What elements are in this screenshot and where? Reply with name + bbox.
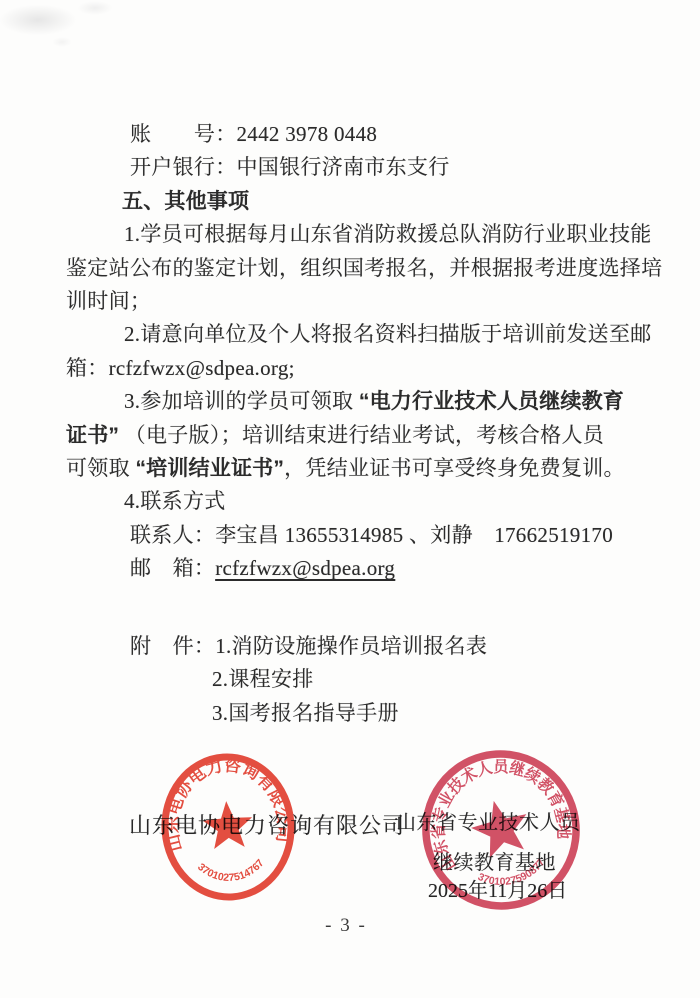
text-segment: ，凭结业证书可享受终身免费复训。: [284, 456, 625, 480]
text-segment: 3.国考报名指导手册: [212, 701, 399, 725]
page-number: - 3 -: [0, 915, 692, 937]
text-segment: 2.请意向单位及个人将报名资料扫描版于培训前发送至邮: [124, 322, 652, 346]
text-line: 可领取 “培训结业证书”，凭结业证书可享受终身免费复训。: [66, 452, 644, 485]
text-line: 鉴定站公布的鉴定计划，组织国考报名，并根据报考进度选择培: [66, 252, 644, 285]
text-segment: “电力行业技术人员继续教育: [359, 390, 624, 413]
text-line: 2.课程安排: [66, 663, 644, 696]
text-line: 3.国考报名指导手册: [66, 697, 644, 730]
official-seal-left: 山东电协电力咨询有限公司 3701027514767: [153, 747, 303, 907]
text-segment: 鉴定站公布的鉴定计划，组织国考报名，并根据报考进度选择培: [66, 256, 662, 280]
text-line: 证书” （电子版）；培训结束进行结业考试，考核合格人员: [66, 419, 644, 452]
text-segment: 4.联系方式: [124, 489, 226, 513]
official-seal-right: 山东省专业技术人员继续教育基地 3701027590877: [416, 745, 586, 915]
text-segment: 证书”: [66, 424, 119, 447]
text-segment: 1.学员可根据每月山东省消防救援总队消防行业职业技能: [124, 222, 652, 246]
seal-number-text: 3701027590877: [474, 855, 551, 895]
text-line: 开户银行：中国银行济南市东支行: [66, 151, 644, 184]
text-line: 4.联系方式: [66, 485, 644, 518]
svg-text:3701027514767: 3701027514767: [195, 856, 268, 886]
text-segment: 开户银行：中国银行济南市东支行: [130, 155, 450, 179]
text-segment: 2.课程安排: [212, 667, 314, 691]
text-segment: 联系人：李宝昌 13655314985 、刘静 17662519170: [130, 523, 613, 547]
text-segment: 箱：rcfzfwzx@sdpea.org;: [66, 356, 295, 380]
text-line: 1.学员可根据每月山东省消防救援总队消防行业职业技能: [66, 218, 644, 251]
text-segment: （电子版）；培训结束进行结业考试，考核合格人员: [119, 423, 604, 447]
text-segment: 邮 箱：: [130, 556, 215, 580]
svg-text:3701027590877: 3701027590877: [474, 855, 551, 895]
scan-noise-artifact: [0, 0, 160, 70]
text-line: 2.请意向单位及个人将报名资料扫描版于培训前发送至邮: [66, 318, 644, 351]
text-line: 3.参加培训的学员可领取 “电力行业技术人员继续教育: [66, 385, 644, 418]
text-line: 箱：rcfzfwzx@sdpea.org;: [66, 352, 644, 385]
scanned-document-page: 账 号：2442 3978 0448开户银行：中国银行济南市东支行五、其他事项1…: [0, 0, 700, 998]
text-line: 账 号：2442 3978 0448: [66, 118, 644, 151]
text-segment: 可领取: [66, 456, 135, 480]
text-segment: “培训结业证书”: [135, 457, 284, 480]
text-line: 训时间；: [66, 285, 644, 318]
text-line: 附 件：1.消防设施操作员培训报名表: [66, 630, 644, 663]
text-segment: 五、其他事项: [122, 190, 249, 213]
text-line: 联系人：李宝昌 13655314985 、刘静 17662519170: [66, 519, 644, 552]
seal-number-text: 3701027514767: [195, 856, 268, 886]
text-line: 五、其他事项: [66, 185, 644, 218]
email-text: rcfzfwzx@sdpea.org: [215, 556, 395, 580]
text-segment: 3.参加培训的学员可领取: [124, 389, 359, 413]
text-segment: 账 号：2442 3978 0448: [130, 122, 377, 146]
text-segment: 训时间；: [66, 289, 151, 313]
text-segment: 附 件：1.消防设施操作员培训报名表: [130, 634, 487, 658]
star-icon: [202, 799, 255, 849]
document-body: 账 号：2442 3978 0448开户银行：中国银行济南市东支行五、其他事项1…: [66, 118, 644, 730]
text-line: 邮 箱：rcfzfwzx@sdpea.org: [66, 552, 644, 585]
star-icon: [466, 794, 534, 860]
